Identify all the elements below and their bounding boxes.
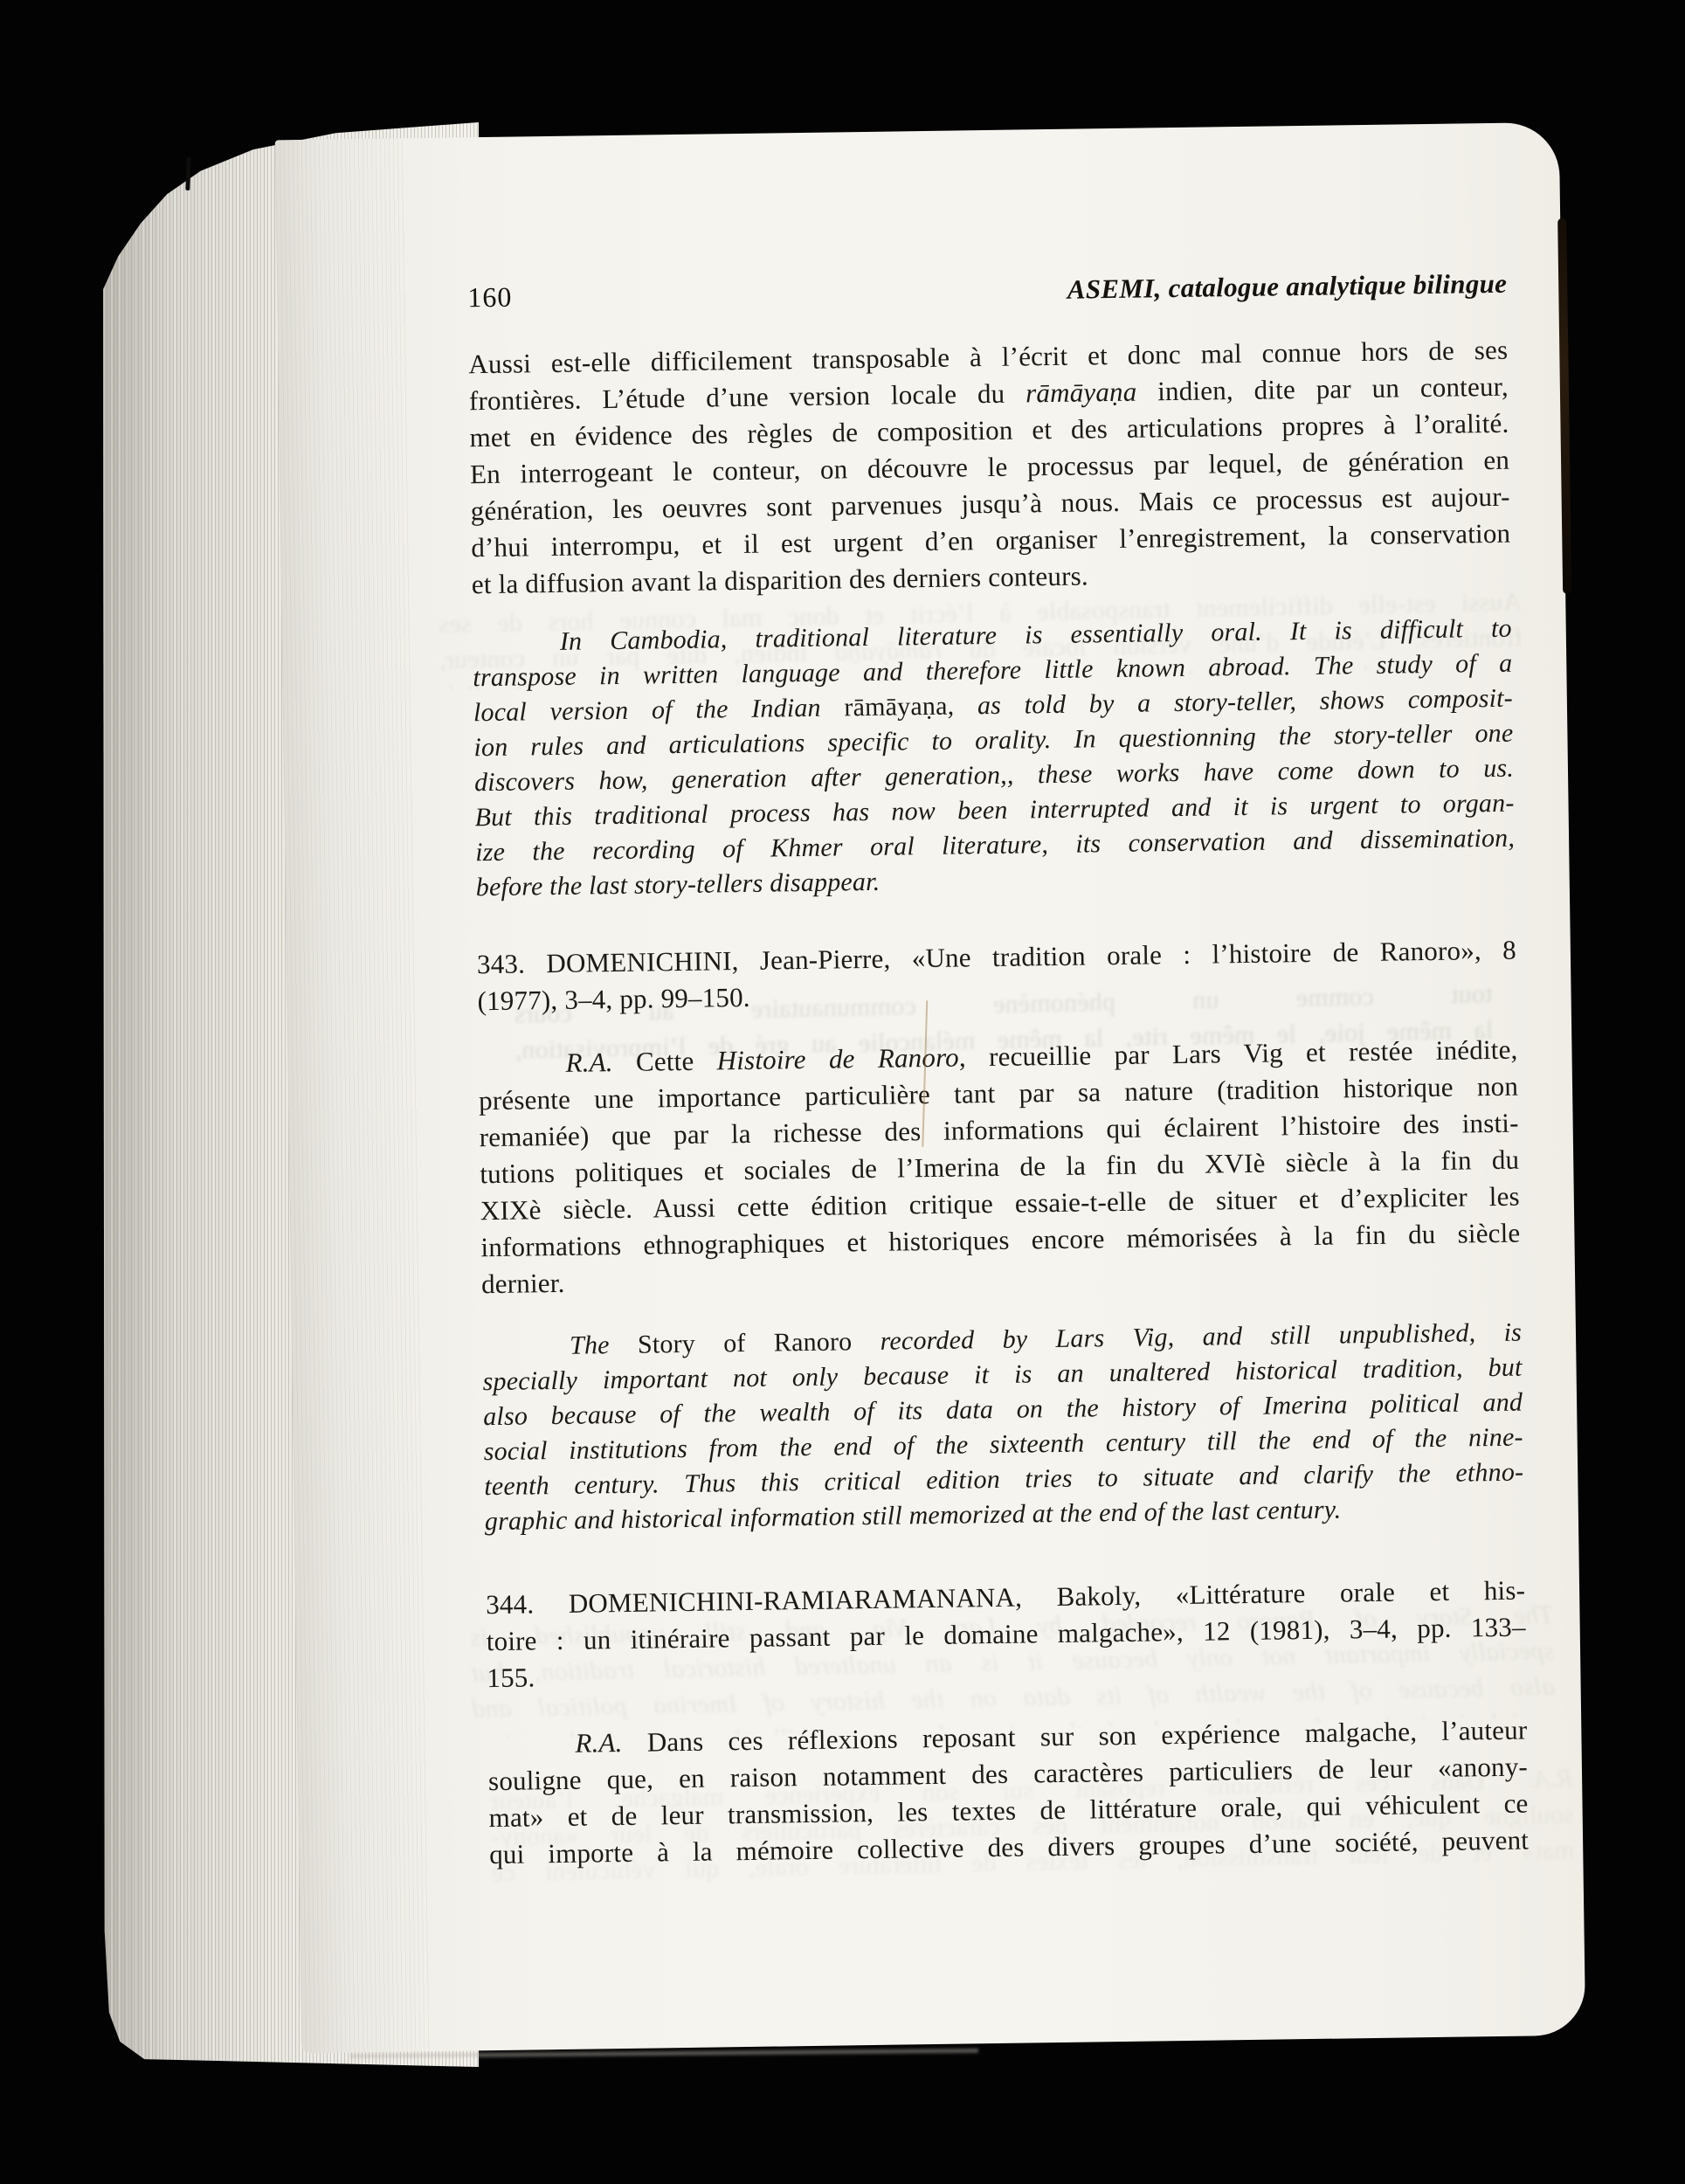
paragraph-french-intro: Aussi est-elle difficilement transposabl… xyxy=(468,332,1511,604)
page-header: 160 ASEMI, catalogue analytique bilingue xyxy=(467,267,1507,314)
page-number: 160 xyxy=(467,281,513,314)
entry-343: 343. DOMENICHINI, Jean-Pierre, «Une trad… xyxy=(477,932,1517,1020)
entry-344: 344. DOMENICHINI-RAMIARAMANANA, Bakoly, … xyxy=(486,1572,1527,1697)
paragraph-english-intro: In Cambodia, traditional literature is e… xyxy=(473,612,1516,906)
book-page: Aussi est-elle difficilement transposabl… xyxy=(275,122,1585,2053)
photo-black-background: Aussi est-elle difficilement transposabl… xyxy=(0,0,1685,2184)
paragraph-ra-343-french: R.A. Cette Histoire de Ranoro, recueilli… xyxy=(478,1032,1521,1303)
paragraph-english-343: The Story of Ranoro recorded by Lars Vig… xyxy=(482,1316,1524,1540)
running-head: ASEMI, catalogue analytique bilingue xyxy=(1067,268,1508,306)
paragraph-ra-344-french: R.A. Dans ces réflexions reposant sur so… xyxy=(487,1712,1529,1874)
